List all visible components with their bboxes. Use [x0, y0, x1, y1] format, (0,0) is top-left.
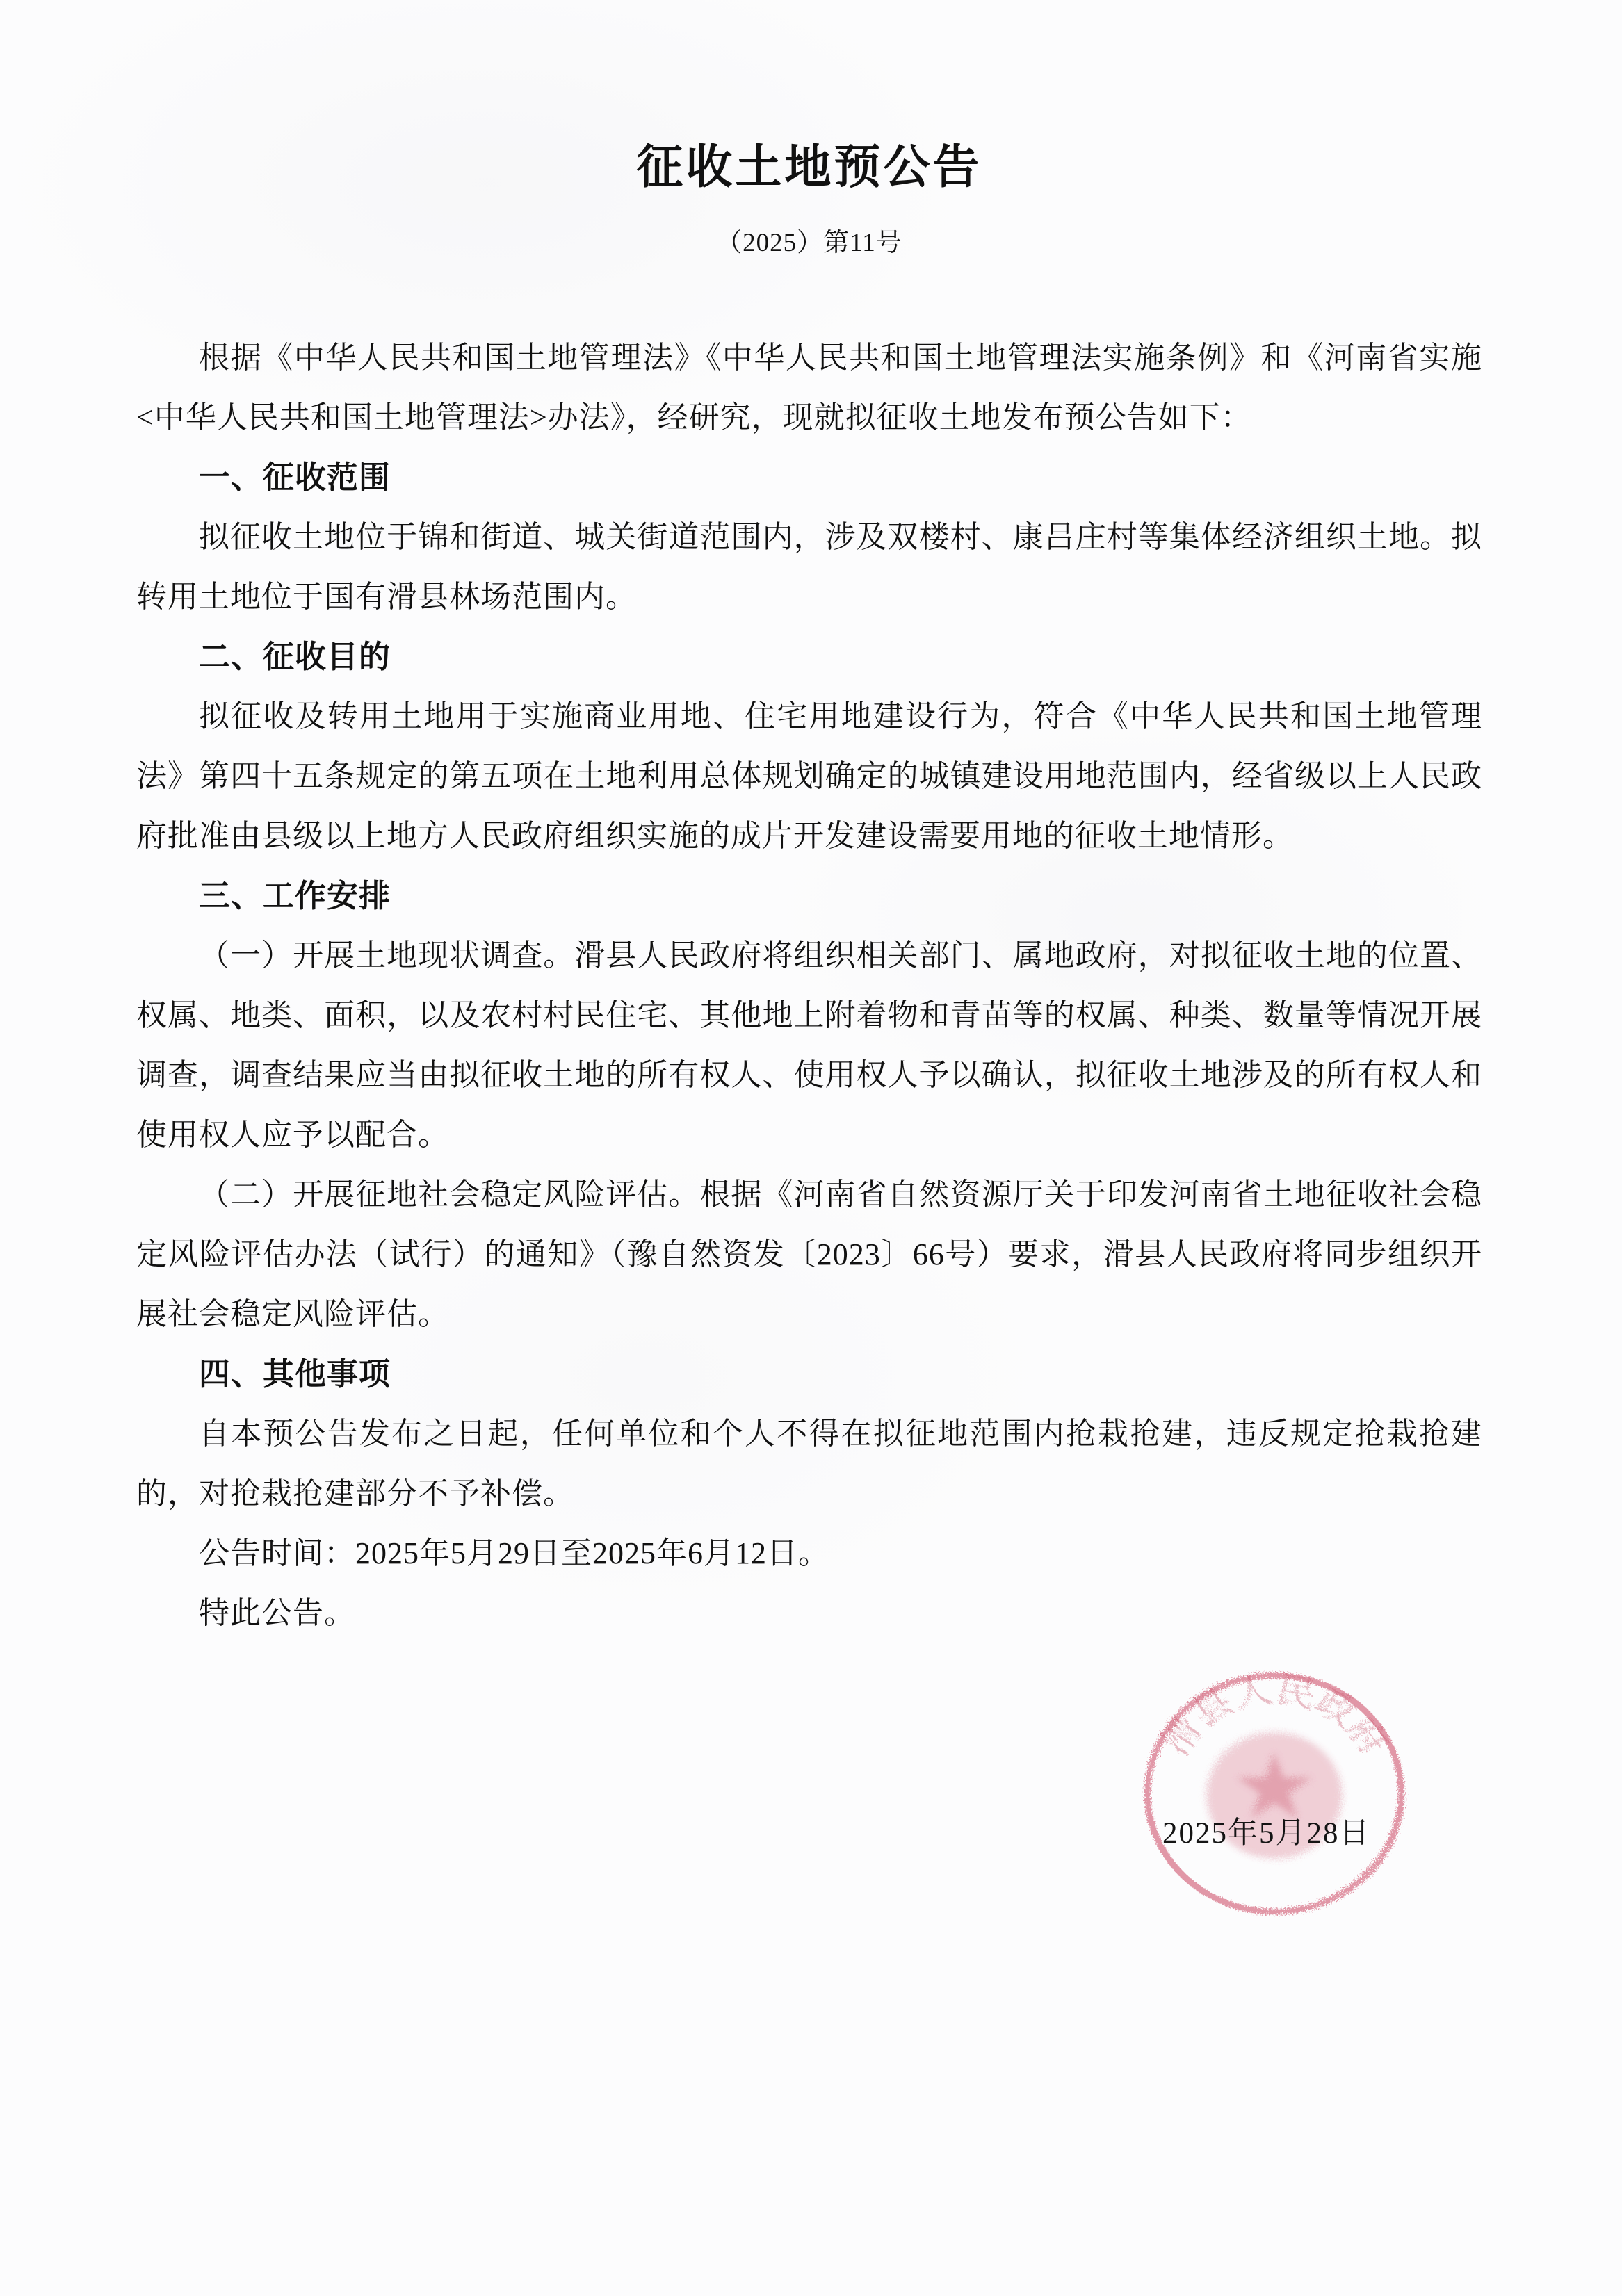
section-heading-2: 二、征收目的: [136, 627, 1482, 687]
government-seal-icon: 滑县人民政府: [1132, 1663, 1417, 1928]
section-3-paragraph-1: （一）开展土地现状调查。滑县人民政府将组织相关部门、属地政府，对拟征收土地的位置…: [136, 926, 1482, 1165]
document-number: （2025）第11号: [136, 221, 1482, 259]
scanned-document-page: { "document": { "title": "征收土地预公告", "doc…: [0, 0, 1622, 2296]
section-3-paragraph-2: （二）开展征地社会稳定风险评估。根据《河南省自然资源厅关于印发河南省土地征收社会…: [136, 1165, 1482, 1344]
intro-paragraph: 根据《中华人民共和国土地管理法》《中华人民共和国土地管理法实施条例》和《河南省实…: [136, 328, 1482, 448]
section-1-paragraph: 拟征收土地位于锦和街道、城关街道范围内，涉及双楼村、康吕庄村等集体经济组织土地。…: [136, 507, 1482, 627]
document-body: 根据《中华人民共和国土地管理法》《中华人民共和国土地管理法实施条例》和《河南省实…: [136, 328, 1482, 1643]
closing-line: 特此公告。: [136, 1583, 1482, 1643]
notice-period-line: 公告时间：2025年5月29日至2025年6月12日。: [136, 1524, 1482, 1583]
seal-date: 2025年5月28日: [1162, 1816, 1371, 1852]
section-heading-3: 三、工作安排: [136, 866, 1482, 926]
official-seal: 滑县人民政府: [1132, 1663, 1417, 1928]
section-heading-4: 四、其他事项: [136, 1344, 1482, 1404]
page-title: 征收土地预公告: [136, 141, 1482, 195]
section-4-paragraph: 自本预公告发布之日起，任何单位和个人不得在拟征地范围内抢栽抢建，违反规定抢栽抢建…: [136, 1404, 1482, 1524]
section-heading-1: 一、征收范围: [136, 448, 1482, 507]
section-2-paragraph: 拟征收及转用土地用于实施商业用地、住宅用地建设行为，符合《中华人民共和国土地管理…: [136, 687, 1482, 866]
announcement-document: 征收土地预公告 （2025）第11号 根据《中华人民共和国土地管理法》《中华人民…: [136, 0, 1482, 1643]
